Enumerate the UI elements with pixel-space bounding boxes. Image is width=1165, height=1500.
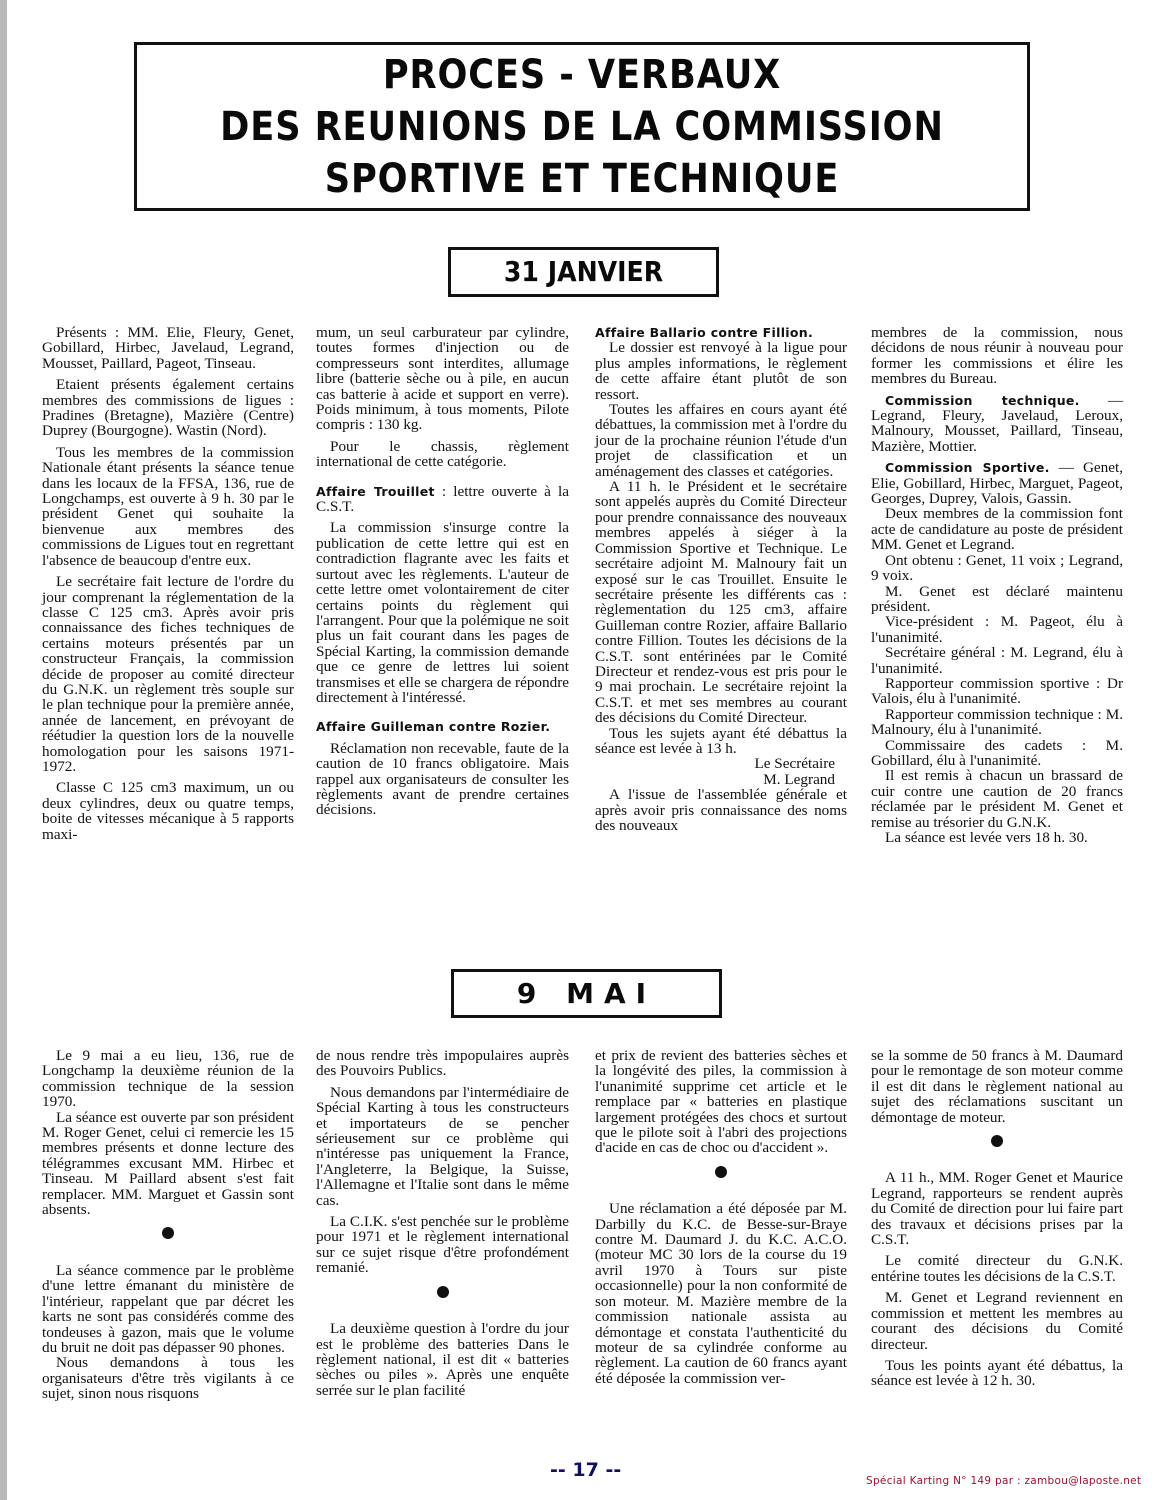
paragraph: Tous les points ayant été débattus, la s… [871, 1358, 1123, 1389]
section-date-janvier: 31 JANVIER [448, 247, 719, 297]
scan-credit: Spécial Karting N° 149 par : zambou@lapo… [866, 1475, 1141, 1487]
page-title-line-2: DES REUNIONS DE LA COMMISSION [190, 101, 973, 153]
paragraph: se la somme de 50 francs à M. Daumard po… [871, 1048, 1123, 1125]
commission-sportive: Commission Sportive. — Genet, Elie, Gobi… [871, 460, 1123, 506]
subheading-label: Affaire Guilleman contre Rozier. [316, 719, 550, 734]
paragraph: Classe C 125 cm3 maximum, un ou deux cyl… [42, 780, 294, 842]
section-date-label: 9 MAI [517, 977, 656, 1010]
bullet-separator [595, 1166, 847, 1181]
paragraph: mum, un seul carburateur par cylindre, t… [316, 325, 569, 433]
paragraph: La séance est ouverte par son président … [42, 1110, 294, 1218]
signature-name: M. Legrand [595, 772, 847, 787]
paragraph: M. Genet et Legrand reviennent en commis… [871, 1290, 1123, 1352]
paragraph: Toutes les affaires en cours ayant été d… [595, 402, 847, 479]
paragraph: et prix de revient des batteries sèches … [595, 1048, 847, 1156]
bullet-separator [316, 1286, 569, 1301]
bullet-dot-icon [991, 1135, 1003, 1147]
subheading-label: Commission technique. [885, 393, 1080, 408]
paragraph: Deux membres de la commission font acte … [871, 506, 1123, 552]
janvier-column-3: Affaire Ballario contre Fillion. Le doss… [595, 325, 847, 839]
paragraph: Commissaire des cadets : M. Gobillard, é… [871, 738, 1123, 769]
mai-column-2: de nous rendre très impopulaires auprès … [316, 1048, 569, 1404]
page-title-line-1: PROCES - VERBAUX [190, 49, 973, 101]
mai-column-1: Le 9 mai a eu lieu, 136, rue de Longcham… [42, 1048, 294, 1402]
page-number: -- 17 -- [550, 1459, 621, 1481]
janvier-column-1: Présents : MM. Elie, Fleury, Genet, Gobi… [42, 325, 294, 848]
bullet-dot-icon [715, 1166, 727, 1178]
bullet-dot-icon [437, 1286, 449, 1298]
janvier-column-4: membres de la commission, nous décidons … [871, 325, 1123, 845]
paragraph: A l'issue de l'assemblée générale et apr… [595, 787, 847, 833]
signature-title: Le Secrétaire [595, 756, 847, 771]
section-date-label: 31 JANVIER [504, 250, 663, 294]
page-title-box: PROCES - VERBAUX DES REUNIONS DE LA COMM… [134, 42, 1030, 211]
section-date-mai: 9 MAI [451, 969, 722, 1018]
paragraph: Rapporteur commission technique : M. Mal… [871, 707, 1123, 738]
paragraph: de nous rendre très impopulaires auprès … [316, 1048, 569, 1079]
bullet-separator [871, 1135, 1123, 1150]
subheading-ballario: Affaire Ballario contre Fillion. [595, 325, 847, 340]
paragraph: Une réclamation a été déposée par M. Dar… [595, 1201, 847, 1386]
paragraph: A 11 h. le Président et le secrétaire so… [595, 479, 847, 726]
paragraph: Le comité directeur du G.N.K. entérine t… [871, 1253, 1123, 1284]
paragraph: Le dossier est renvoyé à la ligue pour p… [595, 340, 847, 402]
paragraph: membres de la commission, nous décidons … [871, 325, 1123, 387]
paragraph: Tous les sujets ayant été débattus la sé… [595, 726, 847, 757]
paragraph: A 11 h., MM. Roger Genet et Maurice Legr… [871, 1170, 1123, 1247]
page-title-line-3: SPORTIVE ET TECHNIQUE [190, 153, 973, 205]
janvier-column-2: mum, un seul carburateur par cylindre, t… [316, 325, 569, 824]
paragraph: Présents : MM. Elie, Fleury, Genet, Gobi… [42, 325, 294, 371]
page-edge [0, 0, 7, 1500]
paragraph: Rapporteur commission sportive : Dr Valo… [871, 676, 1123, 707]
paragraph: Nous demandons à tous les organisateurs … [42, 1355, 294, 1401]
paragraph: La commission s'insurge contre la public… [316, 520, 569, 705]
paragraph: M. Genet est déclaré maintenu président. [871, 584, 1123, 615]
bullet-dot-icon [162, 1227, 174, 1239]
paragraph: Nous demandons par l'intermédiaire de Sp… [316, 1085, 569, 1208]
paragraph: Le 9 mai a eu lieu, 136, rue de Longcham… [42, 1048, 294, 1110]
paragraph: Réclamation non recevable, faute de la c… [316, 741, 569, 818]
paragraph: Ont obtenu : Genet, 11 voix ; Legrand, 9… [871, 553, 1123, 584]
mai-column-4: se la somme de 50 francs à M. Daumard po… [871, 1048, 1123, 1395]
subheading-trouillet: Affaire Trouillet : lettre ouverte à la … [316, 484, 569, 515]
paragraph: Pour le chassis, règlement international… [316, 439, 569, 470]
paragraph: La C.I.K. s'est penchée sur le problème … [316, 1214, 569, 1276]
paragraph: Etaient présents également certains memb… [42, 377, 294, 439]
bullet-separator [42, 1227, 294, 1242]
paragraph: Vice-président : M. Pageot, élu à l'unan… [871, 614, 1123, 645]
paragraph: Il est remis à chacun un brassard de cui… [871, 768, 1123, 830]
subheading-label: Affaire Ballario contre Fillion. [595, 325, 813, 340]
commission-technique: Commission technique. — Legrand, Fleury,… [871, 393, 1123, 455]
paragraph: La séance est levée vers 18 h. 30. [871, 830, 1123, 845]
paragraph: Tous les membres de la commission Nation… [42, 445, 294, 568]
subheading-label: Commission Sportive. [885, 460, 1050, 475]
paragraph: La séance commence par le problème d'une… [42, 1263, 294, 1355]
paragraph: La deuxième question à l'ordre du jour e… [316, 1321, 569, 1398]
subheading-guilleman: Affaire Guilleman contre Rozier. [316, 719, 569, 734]
paragraph: Secrétaire général : M. Legrand, élu à l… [871, 645, 1123, 676]
paragraph: Le secrétaire fait lecture de l'ordre du… [42, 574, 294, 774]
subheading-label: Affaire Trouillet [316, 484, 435, 499]
mai-column-3: et prix de revient des batteries sèches … [595, 1048, 847, 1392]
